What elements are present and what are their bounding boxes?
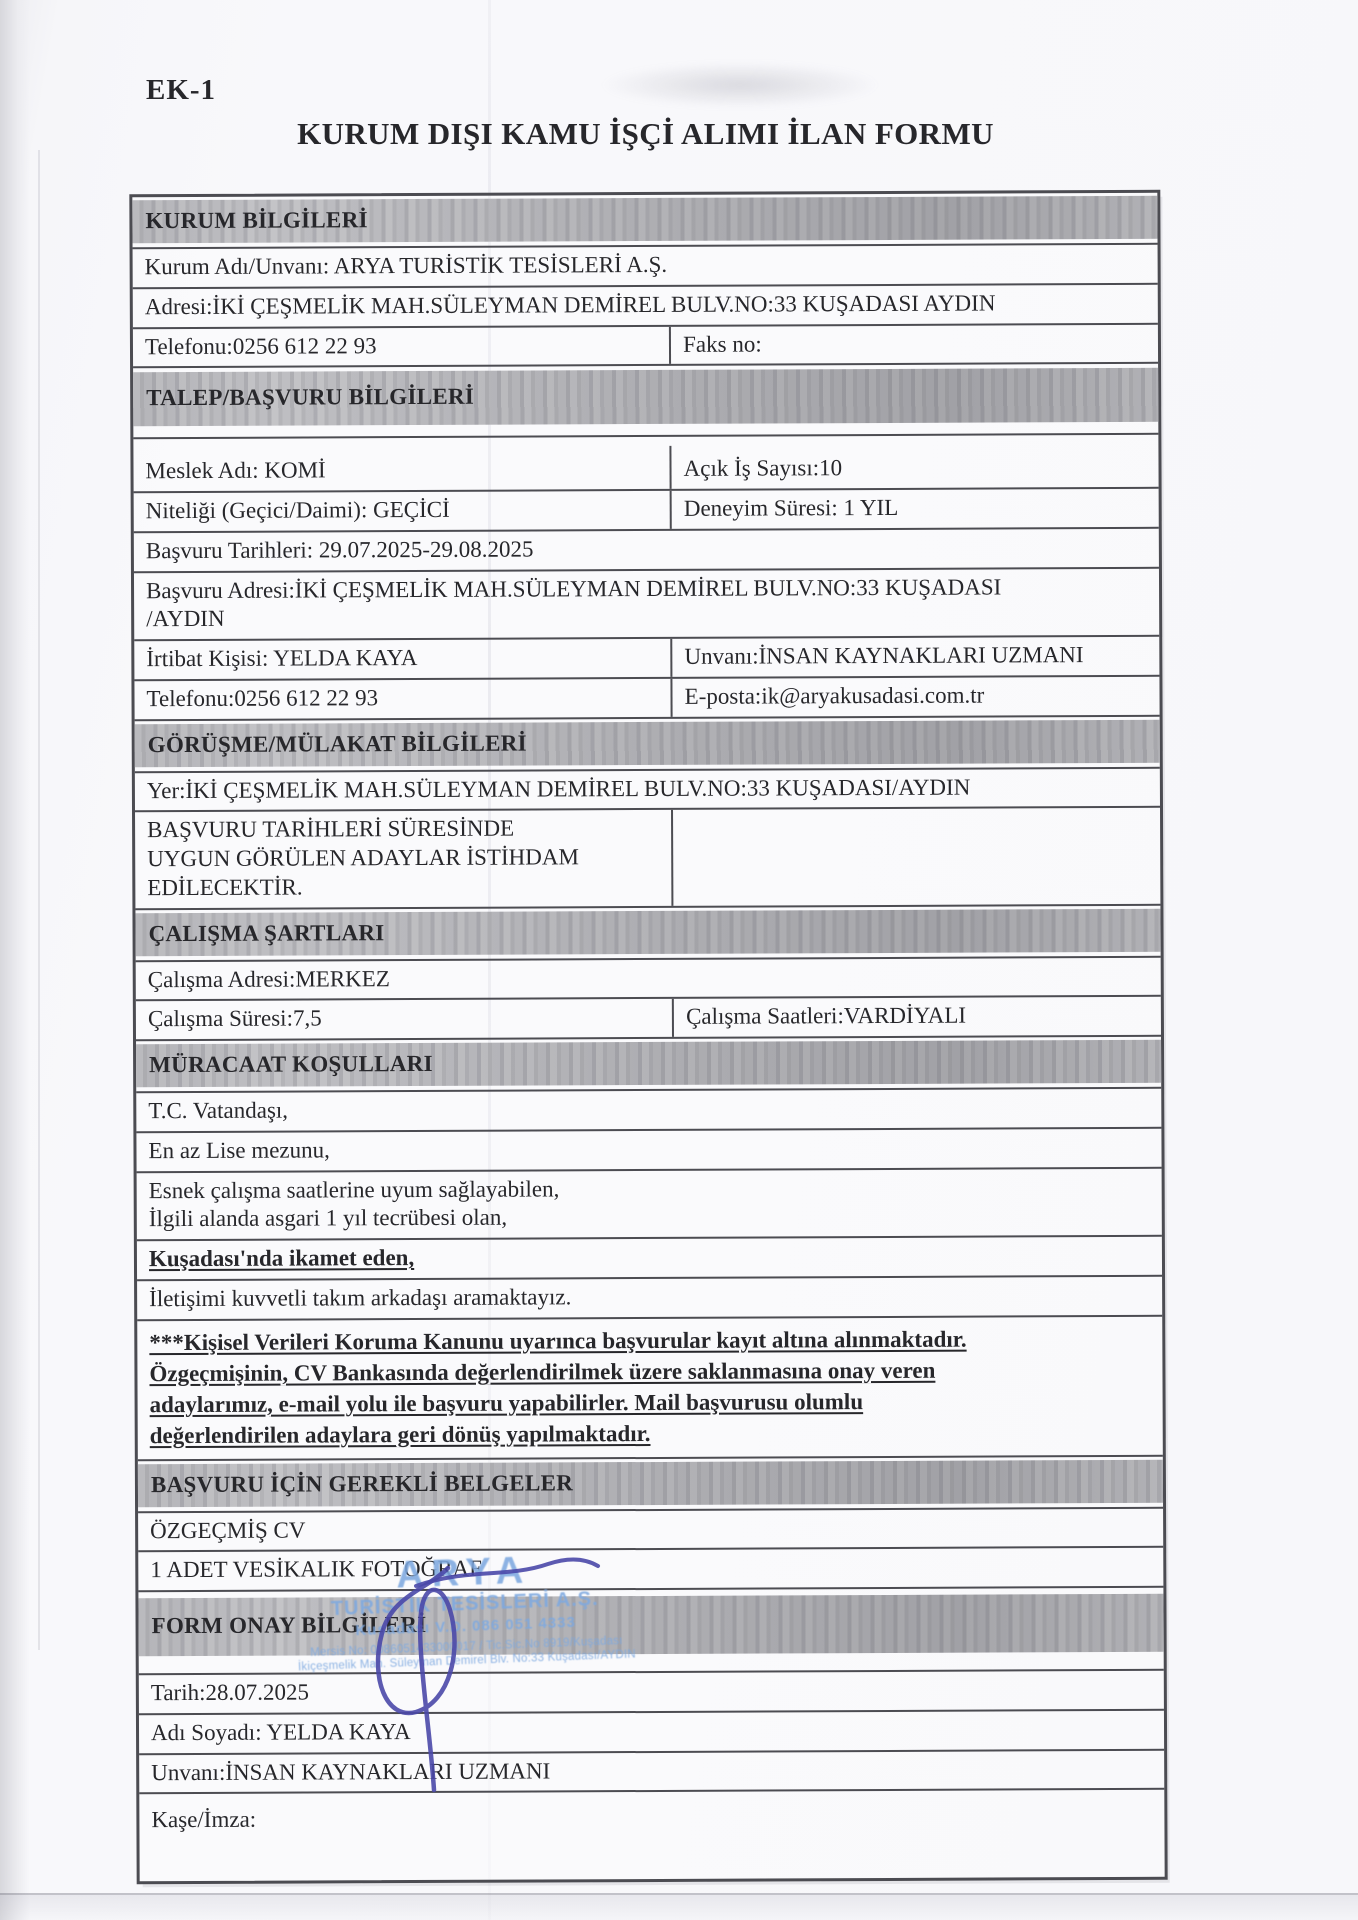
faks-cell: Faks no: [671,324,1158,364]
row-kosul-lise: En az Lise mezunu, [136,1129,1161,1173]
row-nitelik: Niteliği (Geçici/Daimi): GEÇİCİ Deneyim … [134,489,1159,533]
form-table: KURUM BİLGİLERİ Kurum Adı/Unvanı: ARYA T… [129,190,1167,1885]
kosul-text: En az Lise mezunu, [148,1137,329,1163]
section-header-label: KURUM BİLGİLERİ [132,196,1157,243]
row-kase-imza: Kaşe/İmza: [139,1790,1164,1881]
belge-fotograf-text: 1 ADET VESİKALIK FOTOĞRAF [150,1556,482,1582]
row-meslek: Meslek Adı: KOMİ Açık İş Sayısı:10 [133,435,1158,493]
kvkk-line3: adaylarımız, e-mail yolu ile başvuru yap… [150,1384,1151,1419]
row-irtibat: İrtibat Kişisi: YELDA KAYA Unvanı:İNSAN … [134,637,1159,681]
row-calisma-suresi: Çalışma Süresi:7,5 Çalışma Saatleri:VARD… [136,997,1161,1041]
irtibat-cell: İrtibat Kişisi: YELDA KAYA [134,639,672,679]
calisma-adresi-text: Çalışma Adresi:MERKEZ [148,966,390,992]
basvuru-adresi-line2: /AYDIN [146,601,1147,634]
deneyim-cell: Deneyim Süresi: 1 YIL [672,489,1159,529]
section-header-onay: FORM ONAY BİLGİLERİ [138,1588,1163,1675]
row-telefon-eposta: Telefonu:0256 612 22 93 E-posta:ik@aryak… [134,677,1159,721]
section-header-muracaat: MÜRACAAT KOŞULLARI [136,1037,1161,1093]
scanned-form-page: EK-1 KURUM DIŞI KAMU İŞÇİ ALIMI İLAN FOR… [0,0,1358,1920]
onay-adsoyad-text: Adı Soyadı: YELDA KAYA [151,1719,411,1745]
row-kurum-adres: Adresi:İKİ ÇEŞMELİK MAH.SÜLEYMAN DEMİREL… [133,285,1158,329]
gorusme-yer-text: Yer:İKİ ÇEŞMELİK MAH.SÜLEYMAN DEMİREL BU… [147,774,970,803]
section-header-kurum: KURUM BİLGİLERİ [132,193,1157,249]
kosul-iletisim-text: İletişimi kuvvetli takım arkadaşı aramak… [149,1284,571,1311]
row-basvuru-tarihleri: Başvuru Tarihleri: 29.07.2025-29.08.2025 [134,529,1159,573]
scan-bottom-shadow [0,1895,1358,1920]
kosul-text: T.C. Vatandaşı, [148,1098,288,1124]
row-gorusme-yer: Yer:İKİ ÇEŞMELİK MAH.SÜLEYMAN DEMİREL BU… [135,768,1160,812]
section-header-belgeler: BAŞVURU İÇİN GEREKLİ BELGELER [138,1456,1163,1512]
kurum-adi-text: Kurum Adı/Unvanı: ARYA TURİSTİK TESİSLER… [145,252,668,279]
row-kosul-iletisim: İletişimi kuvvetli takım arkadaşı aramak… [137,1277,1162,1321]
row-gorusme-not: BAŞVURU TARİHLERİ SÜRESİNDE UYGUN GÖRÜLE… [135,808,1160,910]
basvuru-adresi-line1: Başvuru Adresi:İKİ ÇEŞMELİK MAH.SÜLEYMAN… [146,572,1147,605]
scan-edge-line [38,150,40,1650]
eposta-cell: E-posta:ik@aryakusadasi.com.tr [673,677,1160,717]
kosul-esnek-line1: Esnek çalışma saatlerine uyum sağlayabil… [149,1172,1150,1205]
scan-smudge [600,62,880,108]
row-belge-cv: ÖZGEÇMİŞ CV [138,1508,1163,1552]
onay-tarih-text: Tarih:28.07.2025 [151,1680,309,1706]
gorusme-not-line1: BAŞVURU TARİHLERİ SÜRESİNDE [147,814,659,845]
onay-unvan-text: Unvanı:İNSAN KAYNAKLARI UZMANI [151,1758,550,1785]
kase-imza-label: Kaşe/İmza: [151,1807,256,1832]
section-header-label: ÇALIŞMA ŞARTLARI [135,908,1160,955]
section-header-gorusme: GÖRÜŞME/MÜLAKAT BİLGİLERİ [135,716,1160,772]
section-header-label: FORM ONAY BİLGİLERİ [138,1594,1163,1656]
telefon-cell: Telefonu:0256 612 22 93 [134,679,672,719]
calisma-saatleri-cell: Çalışma Saatleri:VARDİYALI [674,997,1161,1037]
calisma-suresi-cell: Çalışma Süresi:7,5 [136,999,674,1039]
kosul-esnek-line2: İlgili alanda asgari 1 yıl tecrübesi ola… [149,1201,1150,1234]
kurum-adres-text: Adresi:İKİ ÇEŞMELİK MAH.SÜLEYMAN DEMİREL… [145,290,996,319]
kvkk-line1: ***Kişisel Verileri Koruma Kanunu uyarın… [149,1322,1150,1357]
gorusme-not-line2: UYGUN GÖRÜLEN ADAYLAR İSTİHDAM [147,843,659,874]
section-header-label: BAŞVURU İÇİN GEREKLİ BELGELER [138,1459,1163,1506]
telefon-cell: Telefonu:0256 612 22 93 [133,326,671,366]
form-title: KURUM DIŞI KAMU İŞÇİ ALIMI İLAN FORMU [133,116,1158,152]
basvuru-tarihleri-text: Başvuru Tarihleri: 29.07.2025-29.08.2025 [146,536,534,563]
meslek-cell: Meslek Adı: KOMİ [133,446,671,491]
row-kurum-adi: Kurum Adı/Unvanı: ARYA TURİSTİK TESİSLER… [133,245,1158,289]
belge-cv-text: ÖZGEÇMİŞ CV [150,1517,305,1543]
row-onay-tarih: Tarih:28.07.2025 [139,1671,1164,1715]
row-kvkk-notu: ***Kişisel Verileri Koruma Kanunu uyarın… [137,1316,1163,1461]
unvan-cell: Unvanı:İNSAN KAYNAKLARI UZMANI [672,637,1159,677]
gorusme-not-line3: EDİLECEKTİR. [147,872,659,903]
row-kosul-ikamet: Kuşadası'nda ikamet eden, [137,1237,1162,1281]
scan-edge-shadow [0,0,30,1920]
row-basvuru-adresi: Başvuru Adresi:İKİ ÇEŞMELİK MAH.SÜLEYMAN… [134,568,1159,641]
gorusme-not-empty-cell [673,808,1160,905]
row-belge-fotograf: 1 ADET VESİKALIK FOTOĞRAF [138,1548,1163,1592]
section-header-label: MÜRACAAT KOŞULLARI [136,1040,1161,1087]
row-onay-unvan: Unvanı:İNSAN KAYNAKLARI UZMANI [139,1750,1164,1794]
row-telefon-faks: Telefonu:0256 612 22 93 Faks no: [133,324,1158,368]
section-header-label: TALEP/BAŞVURU BİLGİLERİ [133,368,1158,426]
nitelik-cell: Niteliği (Geçici/Daimi): GEÇİCİ [134,491,672,531]
row-calisma-adresi: Çalışma Adresi:MERKEZ [136,957,1161,1001]
row-onay-adsoyad: Adı Soyadı: YELDA KAYA [139,1711,1164,1755]
kosul-ikamet-text: Kuşadası'nda ikamet eden, [149,1245,414,1271]
section-header-talep: TALEP/BAŞVURU BİLGİLERİ [133,364,1158,439]
section-header-label: GÖRÜŞME/MÜLAKAT BİLGİLERİ [135,719,1160,766]
kvkk-line2: Özgeçmişinin, CV Bankasında değerlendiri… [149,1353,1150,1388]
section-header-calisma: ÇALIŞMA ŞARTLARI [135,905,1160,961]
row-kosul-esnek: Esnek çalışma saatlerine uyum sağlayabil… [137,1168,1162,1241]
acik-is-cell: Açık İş Sayısı:10 [672,444,1159,489]
kvkk-line4: değerlendirilen adaylara geri dönüş yapı… [150,1415,1151,1450]
attachment-label: EK-1 [146,74,216,107]
gorusme-not-cell: BAŞVURU TARİHLERİ SÜRESİNDE UYGUN GÖRÜLE… [135,810,674,908]
row-kosul-vatandas: T.C. Vatandaşı, [136,1089,1161,1133]
